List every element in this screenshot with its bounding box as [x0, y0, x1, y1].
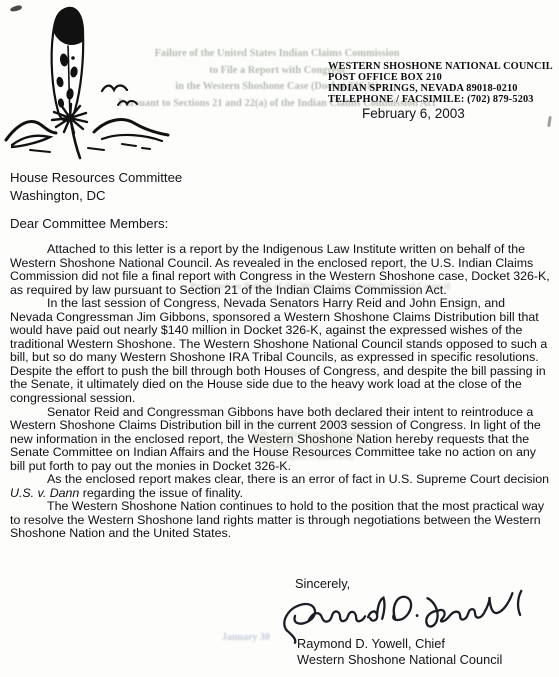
paragraph-5: The Western Shoshone Nation continues to… [10, 500, 550, 541]
paragraph-2: In the last session of Congress, Nevada … [10, 297, 550, 405]
recipient-address: House Resources Committee Washington, DC [10, 169, 182, 204]
signer-org: Western Shoshone National Council [297, 652, 502, 668]
case-citation: U.S. v. Dann [10, 486, 79, 500]
paragraph-1: Attached to this letter is a report by t… [10, 243, 550, 297]
paragraph-3: Senator Reid and Congressman Gibbons hav… [10, 406, 550, 474]
scanned-letter-page: Failure of the United States Indian Clai… [0, 0, 559, 677]
paragraph-4-text: As the enclosed report makes clear, ther… [47, 472, 549, 486]
recipient-line2: Washington, DC [10, 187, 182, 205]
recipient-line1: House Resources Committee [10, 169, 182, 187]
letterhead-po-box: POST OFFICE BOX 210 [328, 72, 553, 83]
letter-date: February 6, 2003 [362, 106, 465, 121]
letter-body: Attached to this letter is a report by t… [10, 243, 550, 541]
paragraph-4: As the enclosed report makes clear, ther… [10, 473, 550, 500]
letterhead: WESTERN SHOSHONE NATIONAL COUNCIL POST O… [328, 61, 553, 105]
letterhead-city: INDIAN SPRINGS, NEVADA 89018-0210 [328, 83, 553, 94]
paragraph-4-text-end: regarding the issue of finality. [79, 486, 243, 500]
scan-artifact [547, 116, 552, 127]
eagle-feather-logo [2, 2, 174, 162]
letterhead-org: WESTERN SHOSHONE NATIONAL COUNCIL [328, 61, 553, 72]
salutation: Dear Committee Members: [10, 216, 168, 231]
letterhead-phone: TELEPHONE / FACSIMILE: (702) 879-5203 [328, 94, 553, 105]
signature-raymond-yowell [277, 582, 531, 645]
